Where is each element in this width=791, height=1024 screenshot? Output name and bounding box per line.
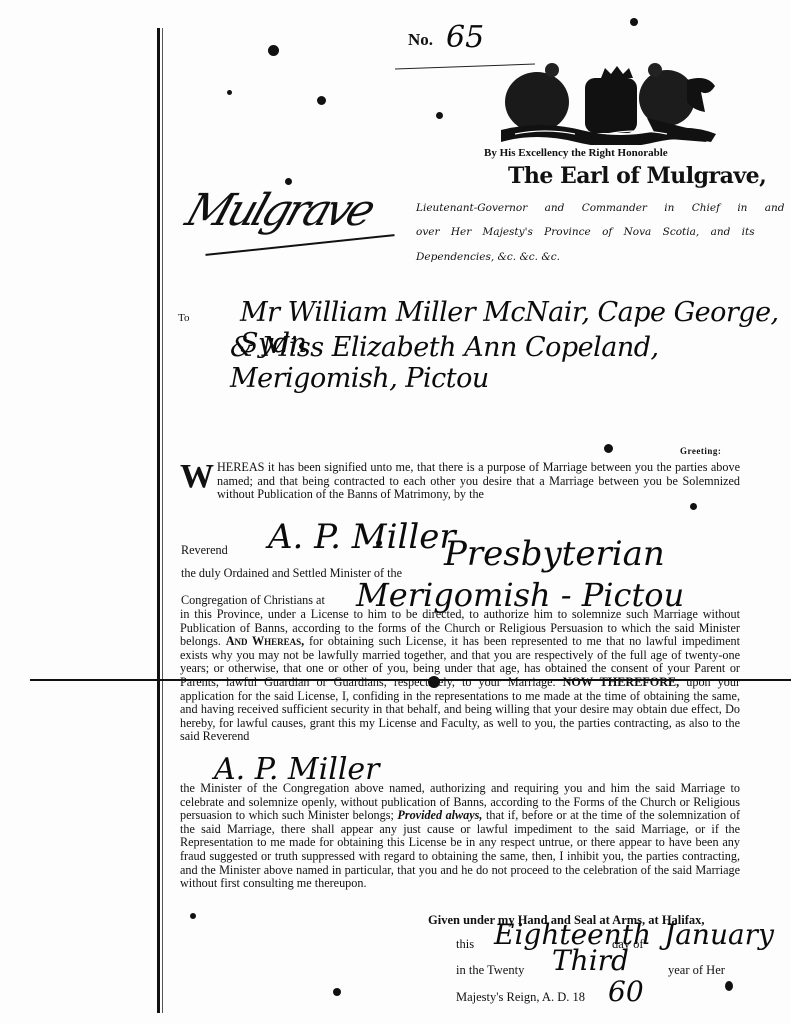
ink-speck	[333, 988, 341, 996]
ink-speck	[190, 913, 196, 919]
reverend-name: A. P. Miller	[268, 517, 456, 557]
reverend-label: Reverend	[181, 543, 228, 558]
license-grant-paragraph: in this Province, under a License to him…	[180, 608, 740, 744]
to-label: To	[178, 312, 189, 324]
month-value: January	[664, 918, 774, 951]
regnal-year-value: Third	[552, 944, 629, 977]
ink-speck	[285, 178, 292, 185]
authority-title-line-2: over Her Majesty's Province of Nova Scot…	[416, 226, 755, 238]
denomination: Presbyterian	[444, 534, 665, 574]
authority-title-line-3: Dependencies, &c. &c. &c.	[416, 251, 560, 263]
governor-signature: Mulgrave	[180, 185, 378, 236]
signature-flourish	[205, 234, 394, 256]
marriage-license-page: No. 65 By His Excellency the Right Honor…	[0, 0, 791, 1024]
license-number-label: No.	[408, 30, 433, 50]
whereas-paragraph: WHEREAS it has been signified unto me, t…	[180, 461, 740, 502]
ink-speck	[436, 112, 443, 119]
margin-border-line	[157, 28, 160, 1013]
year-of-her-label: year of Her	[668, 963, 725, 978]
this-label: this	[456, 937, 474, 952]
and-whereas: And Whereas,	[226, 634, 305, 648]
provided-always: Provided always,	[397, 808, 482, 822]
greeting: Greeting:	[680, 446, 721, 456]
regnal-year-label: in the Twenty	[456, 963, 524, 978]
ink-speck	[317, 96, 326, 105]
license-number-value: 65	[446, 20, 484, 55]
whereas-text: HEREAS it has been signified unto me, th…	[217, 460, 740, 501]
authorization-paragraph: the Minister of the Congregation above n…	[180, 782, 740, 891]
ink-speck	[690, 503, 697, 510]
authority-name: The Earl of Mulgrave,	[508, 163, 766, 189]
authority-title-line-1: Lieutenant-Governor and Commander in Chi…	[416, 202, 785, 214]
margin-border-line-inner	[162, 28, 163, 1013]
ink-speck	[268, 45, 279, 56]
drop-cap: W	[180, 463, 214, 491]
bride-name-address: & Miss Elizabeth Ann Copeland, Merigomis…	[230, 332, 791, 394]
congregation-label: Congregation of Christians at	[181, 593, 325, 608]
ink-speck	[725, 981, 733, 991]
now-therefore: NOW THEREFORE,	[563, 675, 680, 689]
scan-fold-line	[30, 679, 791, 681]
ink-speck	[630, 18, 638, 26]
royal-coat-of-arms-icon	[497, 60, 722, 145]
ink-speck	[227, 90, 232, 95]
authority-preamble: By His Excellency the Right Honorable	[484, 147, 668, 159]
year-value: 60	[608, 975, 644, 1008]
ink-speck	[604, 444, 613, 453]
reign-ad-label: Majesty's Reign, A. D. 18	[456, 990, 585, 1005]
